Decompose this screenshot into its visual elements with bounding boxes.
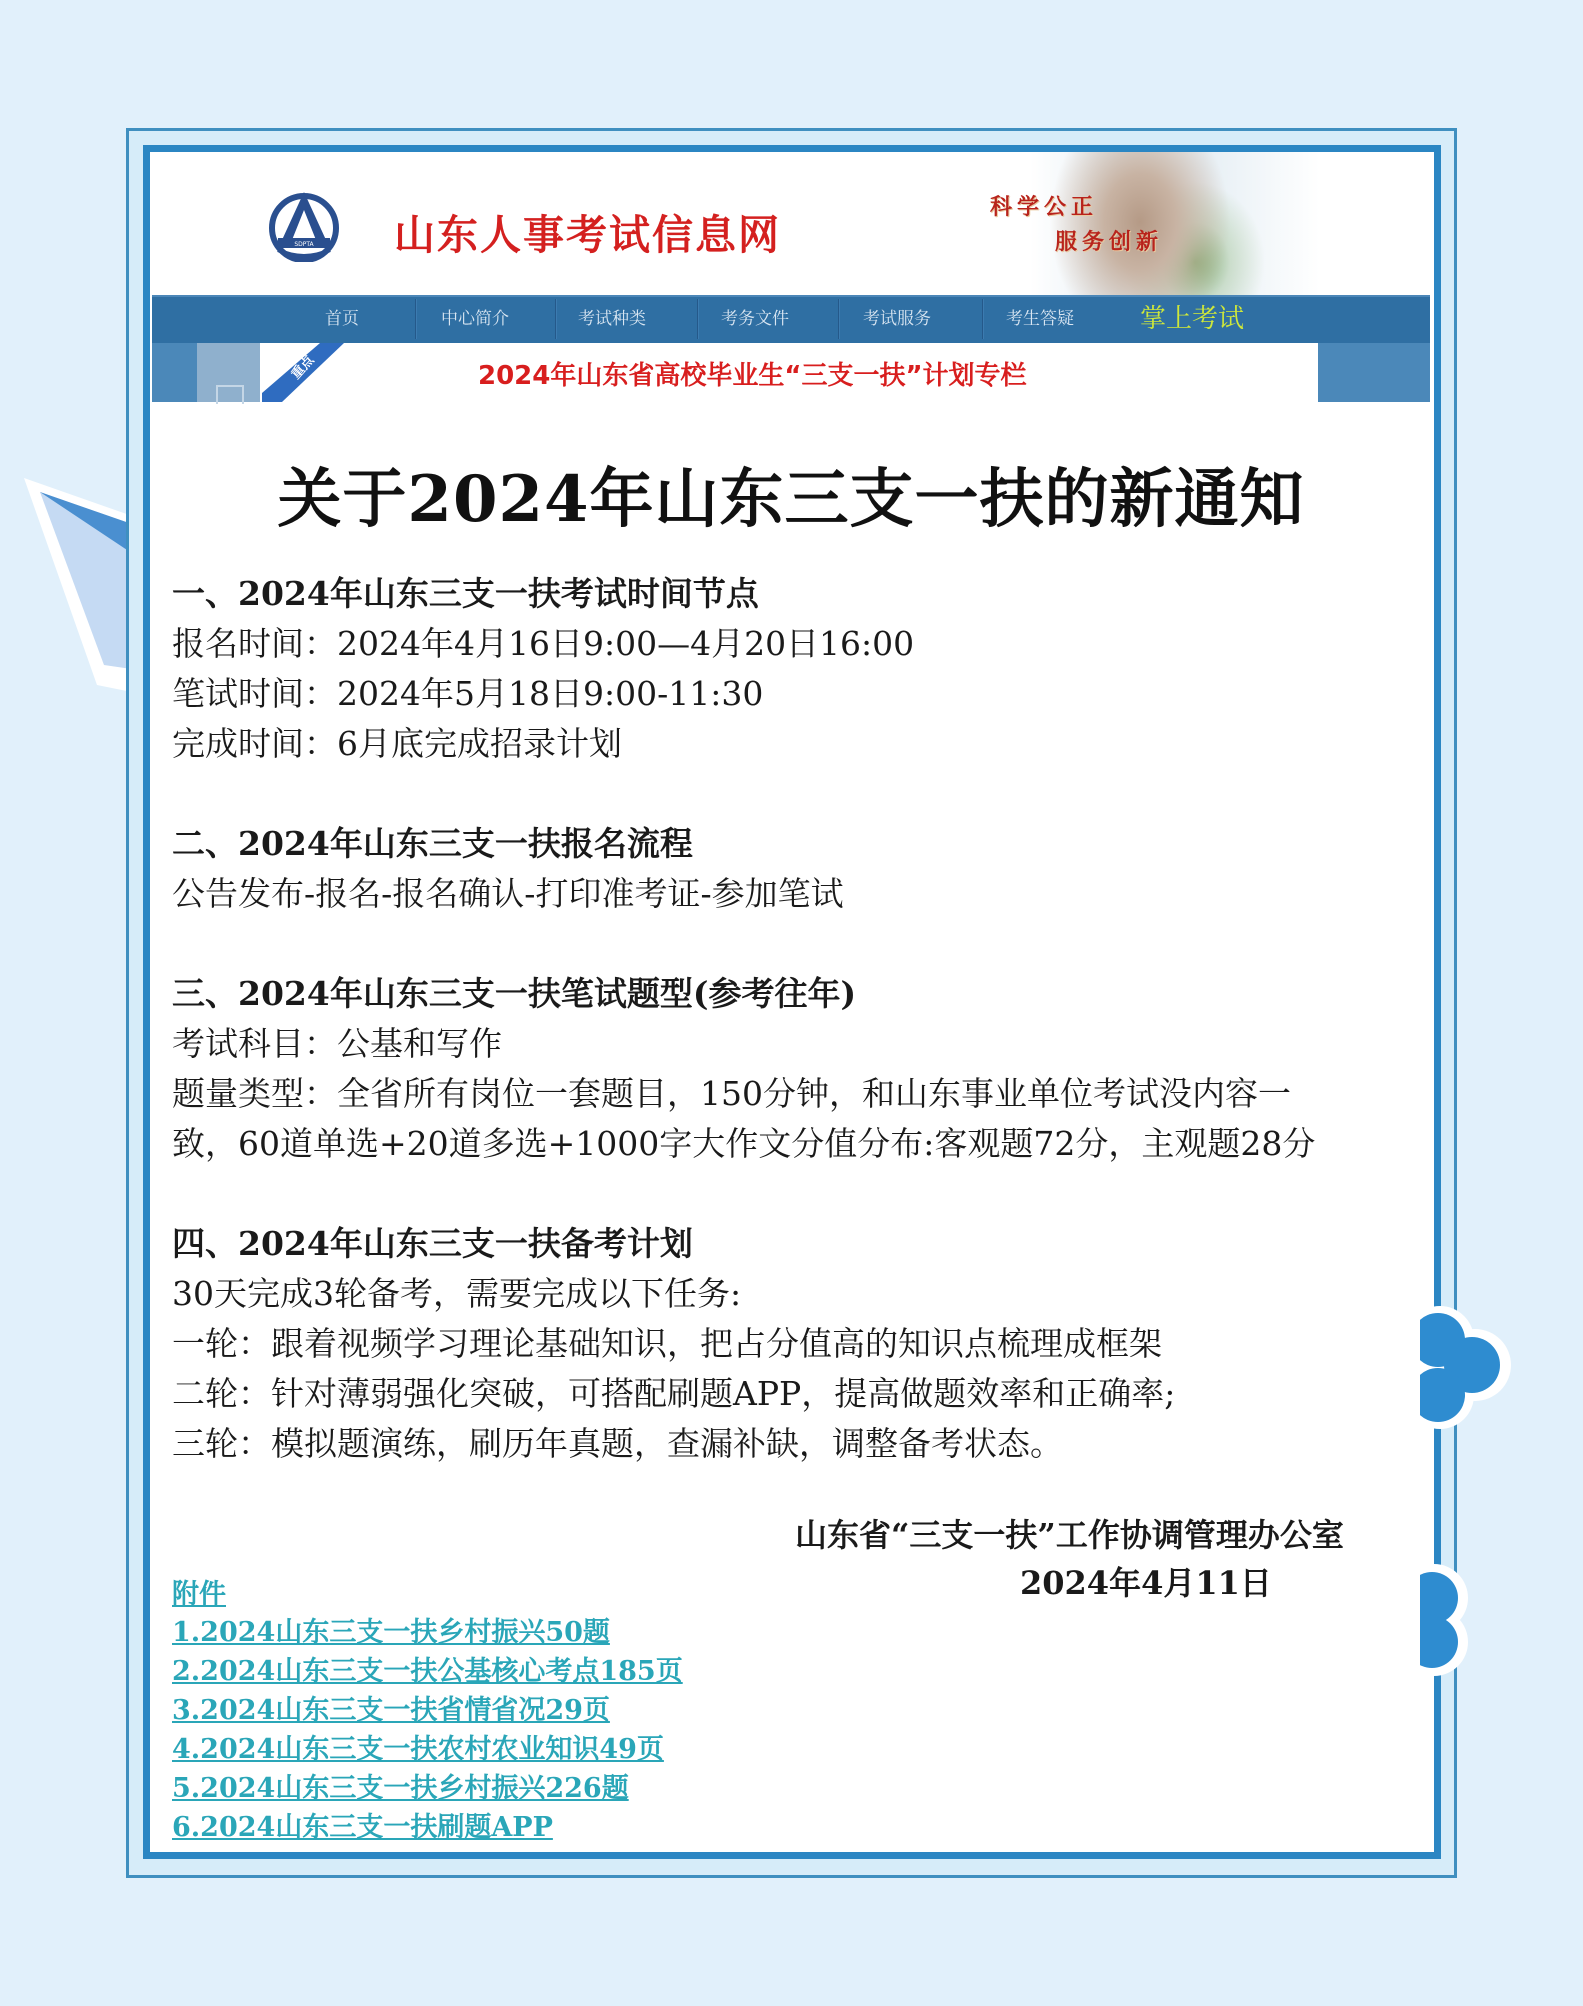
nav-divider <box>982 299 983 339</box>
main-nav: 首页 中心简介 考试种类 考务文件 考试服务 考生答疑 掌上考试 <box>152 295 1430 343</box>
section-heading: 一、2024年山东三支一扶考试时间节点 <box>172 568 759 615</box>
cloud-decoration-icon <box>1420 1560 1490 1680</box>
site-title[interactable]: 山东人事考试信息网 <box>394 202 781 261</box>
nav-item-exam-documents[interactable]: 考务文件 <box>700 295 810 343</box>
slogan-line1: 科学公正 <box>990 190 1098 221</box>
text-line: 30天完成3轮备考，需要完成以下任务: <box>172 1268 741 1315</box>
attachment-link[interactable]: 6.2024山东三支一扶刷题APP <box>172 1805 553 1844</box>
attachment-link[interactable]: 1.2024山东三支一扶乡村振兴50题 <box>172 1610 610 1649</box>
text-line: 题量类型：全省所有岗位一套题目，150分钟，和山东事业单位考试没内容一 <box>172 1068 1291 1115</box>
nav-item-mobile-exam[interactable]: 掌上考试 <box>1132 295 1252 343</box>
banner-left-block <box>152 343 197 402</box>
issue-date: 2024年4月11日 <box>1020 1558 1272 1604</box>
issuer-signature: 山东省“三支一扶”工作协调管理办公室 <box>795 1510 1344 1556</box>
nav-item-about[interactable]: 中心简介 <box>420 295 530 343</box>
nav-item-faq[interactable]: 考生答疑 <box>985 295 1095 343</box>
attachments-label[interactable]: 附件 <box>172 1572 226 1611</box>
section-heading: 三、2024年山东三支一扶笔试题型(参考往年) <box>172 968 856 1015</box>
attachment-link[interactable]: 2.2024山东三支一扶公基核心考点185页 <box>172 1649 683 1688</box>
nav-divider <box>838 299 839 339</box>
section-heading: 四、2024年山东三支一扶备考计划 <box>172 1218 693 1265</box>
square-outline-icon <box>216 385 244 404</box>
text-line: 一轮：跟着视频学习理论基础知识，把占分值高的知识点梳理成框架 <box>172 1318 1162 1365</box>
text-line: 公告发布-报名-报名确认-打印准考证-参加笔试 <box>172 868 844 915</box>
nav-item-exam-services[interactable]: 考试服务 <box>842 295 952 343</box>
text-line: 三轮：模拟题演练，刷历年真题，查漏补缺，调整备考状态。 <box>172 1418 1063 1465</box>
text-line: 完成时间：6月底完成招录计划 <box>172 718 622 765</box>
page-title: 关于2024年山东三支一扶的新通知 <box>152 448 1430 540</box>
ribbon-badge: 重点 <box>262 343 352 402</box>
text-line: 二轮：针对薄弱强化突破，可搭配刷题APP，提高做题效率和正确率; <box>172 1368 1175 1415</box>
text-line: 报名时间：2024年4月16日9:00—4月20日16:00 <box>172 618 914 665</box>
cloud-decoration-icon <box>1420 1300 1520 1430</box>
text-line: 笔试时间：2024年5月18日9:00-11:30 <box>172 668 763 715</box>
text-line: 致，60道单选+20道多选+1000字大作文分值分布:客观题72分，主观题28分 <box>172 1118 1315 1165</box>
nav-divider <box>415 299 416 339</box>
banner-right-block <box>1318 343 1430 402</box>
attachment-link[interactable]: 3.2024山东三支一扶省情省况29页 <box>172 1688 610 1727</box>
nav-divider <box>697 299 698 339</box>
svg-text:SDPTA: SDPTA <box>294 241 314 248</box>
special-column-title[interactable]: 2024年山东省高校毕业生“三支一扶”计划专栏 <box>478 355 1027 392</box>
slogan-line2: 服务创新 <box>1055 225 1163 256</box>
nav-item-home[interactable]: 首页 <box>297 295 387 343</box>
text-line: 考试科目：公基和写作 <box>172 1018 502 1065</box>
attachment-link[interactable]: 4.2024山东三支一扶农村农业知识49页 <box>172 1727 664 1766</box>
mountain-banner-image <box>1030 152 1320 295</box>
sdpta-logo-icon: SDPTA <box>268 188 340 262</box>
nav-divider <box>555 299 556 339</box>
nav-item-exam-types[interactable]: 考试种类 <box>557 295 667 343</box>
attachment-link[interactable]: 5.2024山东三支一扶乡村振兴226题 <box>172 1766 629 1805</box>
section-heading: 二、2024年山东三支一扶报名流程 <box>172 818 693 865</box>
